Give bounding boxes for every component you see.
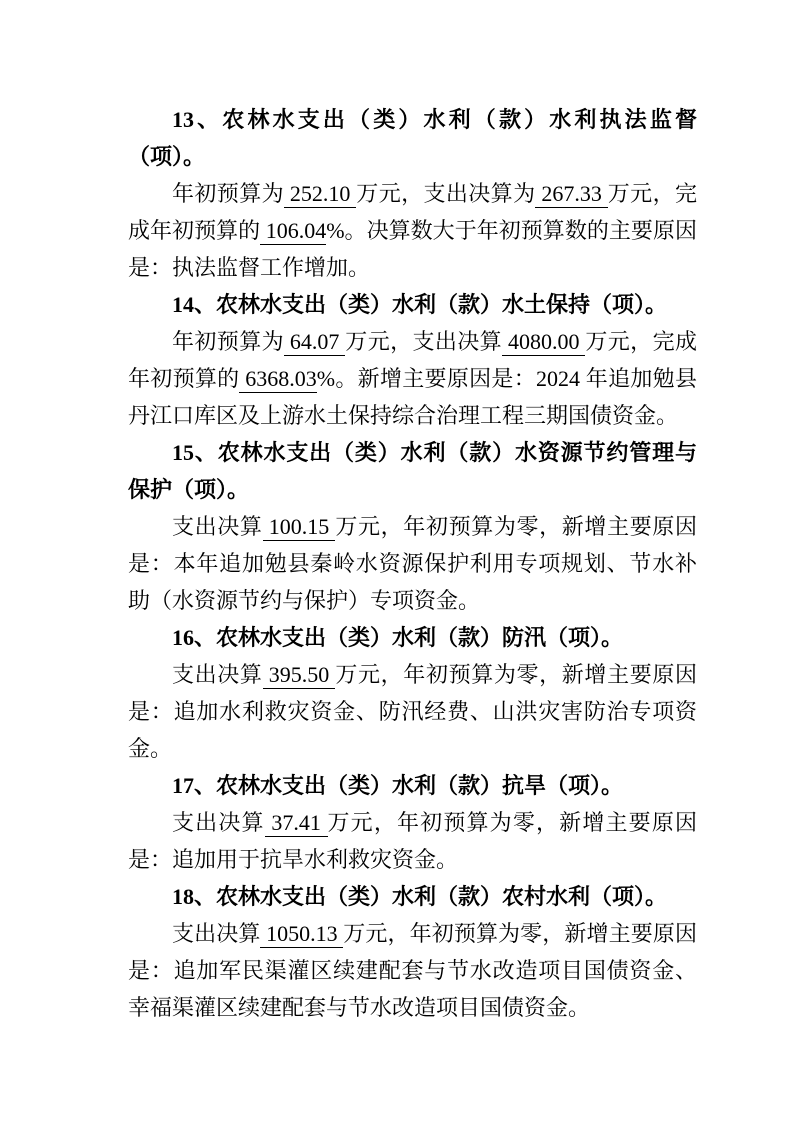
- amount: 2024: [536, 366, 580, 391]
- section-heading: 14、农林水支出（类）水利（款）水土保持（项）。: [128, 286, 697, 323]
- section-heading: 13、农林水支出（类）水利（款）水利执法监督（项）。: [128, 101, 697, 175]
- budget-section-18: 18、农林水支出（类）水利（款）农村水利（项）。支出决算 1050.13 万元，…: [128, 878, 697, 1026]
- section-paragraph: 支出决算 100.15 万元，年初预算为零，新增主要原因是：本年追加勉县秦岭水资…: [128, 508, 697, 619]
- text-run: 支出决算: [172, 514, 263, 539]
- section-heading: 18、农林水支出（类）水利（款）农村水利（项）。: [128, 878, 697, 915]
- text-run: 年初预算为: [172, 329, 284, 354]
- section-paragraph: 年初预算为 252.10 万元，支出决算为 267.33 万元，完成年初预算的 …: [128, 175, 697, 286]
- document-page: 13、农林水支出（类）水利（款）水利执法监督（项）。年初预算为 252.10 万…: [0, 0, 793, 1122]
- underlined-amount: 395.50: [263, 662, 336, 689]
- underlined-amount: 4080.00: [502, 329, 585, 356]
- text-run: 支出决算: [172, 921, 260, 946]
- text-run: 万元，支出决算: [345, 329, 502, 354]
- text-run: 万元，支出决算为: [356, 181, 535, 206]
- section-heading: 17、农林水支出（类）水利（款）抗旱（项）。: [128, 767, 697, 804]
- document-content: 13、农林水支出（类）水利（款）水利执法监督（项）。年初预算为 252.10 万…: [128, 101, 697, 1026]
- text-run: 支出决算: [172, 810, 265, 835]
- amount: %: [326, 218, 344, 243]
- section-paragraph: 支出决算 395.50 万元，年初预算为零，新增主要原因是：追加水利救灾资金、防…: [128, 656, 697, 767]
- budget-section-16: 16、农林水支出（类）水利（款）防汛（项）。支出决算 395.50 万元，年初预…: [128, 619, 697, 767]
- section-heading: 16、农林水支出（类）水利（款）防汛（项）。: [128, 619, 697, 656]
- section-paragraph: 支出决算 37.41 万元，年初预算为零，新增主要原因是：追加用于抗旱水利救灾资…: [128, 804, 697, 878]
- text-run: 。新增主要原因是：: [335, 366, 536, 391]
- text-run: 年初预算为: [172, 181, 284, 206]
- underlined-amount: 64.07: [284, 329, 345, 356]
- underlined-amount: 100.15: [263, 514, 336, 541]
- section-heading: 15、农林水支出（类）水利（款）水资源节约管理与保护（项）。: [128, 434, 697, 508]
- underlined-amount: 6368.03: [239, 366, 316, 393]
- section-paragraph: 支出决算 1050.13 万元，年初预算为零，新增主要原因是：追加军民渠灌区续建…: [128, 915, 697, 1026]
- budget-section-15: 15、农林水支出（类）水利（款）水资源节约管理与保护（项）。支出决算 100.1…: [128, 434, 697, 619]
- underlined-amount: 252.10: [284, 181, 356, 208]
- amount: %: [317, 366, 335, 391]
- budget-section-17: 17、农林水支出（类）水利（款）抗旱（项）。支出决算 37.41 万元，年初预算…: [128, 767, 697, 878]
- section-paragraph: 年初预算为 64.07 万元，支出决算 4080.00 万元，完成年初预算的 6…: [128, 323, 697, 434]
- budget-section-14: 14、农林水支出（类）水利（款）水土保持（项）。年初预算为 64.07 万元，支…: [128, 286, 697, 434]
- underlined-amount: 267.33: [535, 181, 607, 208]
- underlined-amount: 1050.13: [260, 921, 343, 948]
- budget-section-13: 13、农林水支出（类）水利（款）水利执法监督（项）。年初预算为 252.10 万…: [128, 101, 697, 286]
- underlined-amount: 37.41: [265, 810, 328, 837]
- underlined-amount: 106.04: [260, 218, 326, 245]
- text-run: 支出决算: [172, 662, 263, 687]
